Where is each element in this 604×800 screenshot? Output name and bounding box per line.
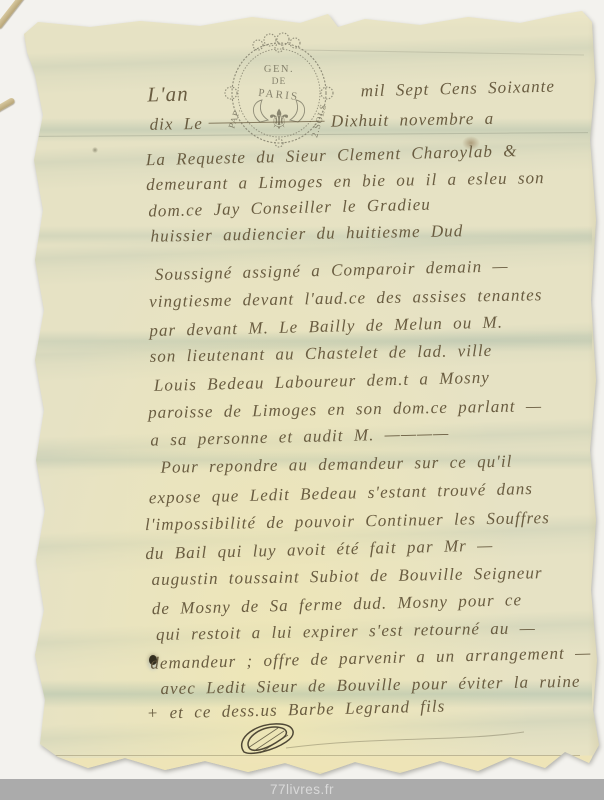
manuscript-line: dom.ce Jay Conseiller le Gradieu <box>148 196 431 220</box>
manuscript-line: augustin toussaint Subiot de Bouville Se… <box>151 564 542 588</box>
manuscript-line: expose que Ledit Bedeau s'estant trouvé … <box>149 480 534 506</box>
watermark-label: 77livres.fr <box>270 782 334 797</box>
manuscript-line: La Requeste du Sieur Clement Charoylab & <box>146 142 518 168</box>
manuscript-line: dix LeDixhuit novembre a <box>149 110 494 133</box>
manuscript-line: son lieutenant au Chastelet de lad. vill… <box>149 342 492 365</box>
manuscript-line: Soussigné assigné a Comparoir demain — <box>155 257 509 283</box>
paper-sheet: GEN. DE PARIS ⚜ PAP. 2.SOLS L'anmil Sept… <box>0 0 604 800</box>
manuscript-line-part: mil Sept Cens Soixante <box>360 77 555 101</box>
dash-rule <box>209 119 325 124</box>
manuscript-line: du Bail qui luy avoit été fait par Mr — <box>145 537 493 562</box>
line-gap <box>189 96 361 100</box>
manuscript-line-part: Dixhuit novembre a <box>331 109 495 131</box>
manuscript-line-part: dix Le <box>149 114 203 134</box>
manuscript-line: par devant M. Le Bailly de Melun ou M. <box>149 313 503 339</box>
manuscript-line: vingtiesme devant l'aud.ce des assises t… <box>149 286 543 310</box>
manuscript-text: L'anmil Sept Cens Soixante dix LeDixhuit… <box>0 0 604 800</box>
manuscript-line: Louis Bedeau Laboureur dem.t a Mosny <box>154 369 490 394</box>
signature-flourish <box>228 714 528 770</box>
manuscript-line-part: L'an <box>147 82 189 107</box>
paper-sheet-wrapper: GEN. DE PARIS ⚜ PAP. 2.SOLS L'anmil Sept… <box>0 0 604 800</box>
scanned-document-page: GEN. DE PARIS ⚜ PAP. 2.SOLS L'anmil Sept… <box>0 0 604 800</box>
scan-bottom-bar: 77livres.fr <box>0 779 604 800</box>
manuscript-line: demandeur ; offre de parvenir a un arran… <box>150 644 591 672</box>
manuscript-line: qui restoit a lui expirer s'est retourné… <box>156 619 536 643</box>
manuscript-line: L'anmil Sept Cens Soixante <box>147 75 555 106</box>
manuscript-line: demeurant a Limoges en bie ou il a esleu… <box>146 169 545 193</box>
manuscript-line: l'impossibilité de pouvoir Continuer les… <box>145 509 550 533</box>
manuscript-line: huissier audiencier du huitiesme Dud <box>150 222 463 244</box>
manuscript-line: paroisse de Limoges en son dom.ce parlan… <box>148 397 542 421</box>
manuscript-line: a sa personne et audit M. ———— <box>150 424 449 448</box>
manuscript-line: de Mosny de Sa ferme dud. Mosny pour ce <box>152 591 523 617</box>
manuscript-line: avec Ledit Sieur de Bouville pour éviter… <box>160 673 580 697</box>
manuscript-line: Pour repondre au demandeur sur ce qu'il <box>160 453 512 476</box>
